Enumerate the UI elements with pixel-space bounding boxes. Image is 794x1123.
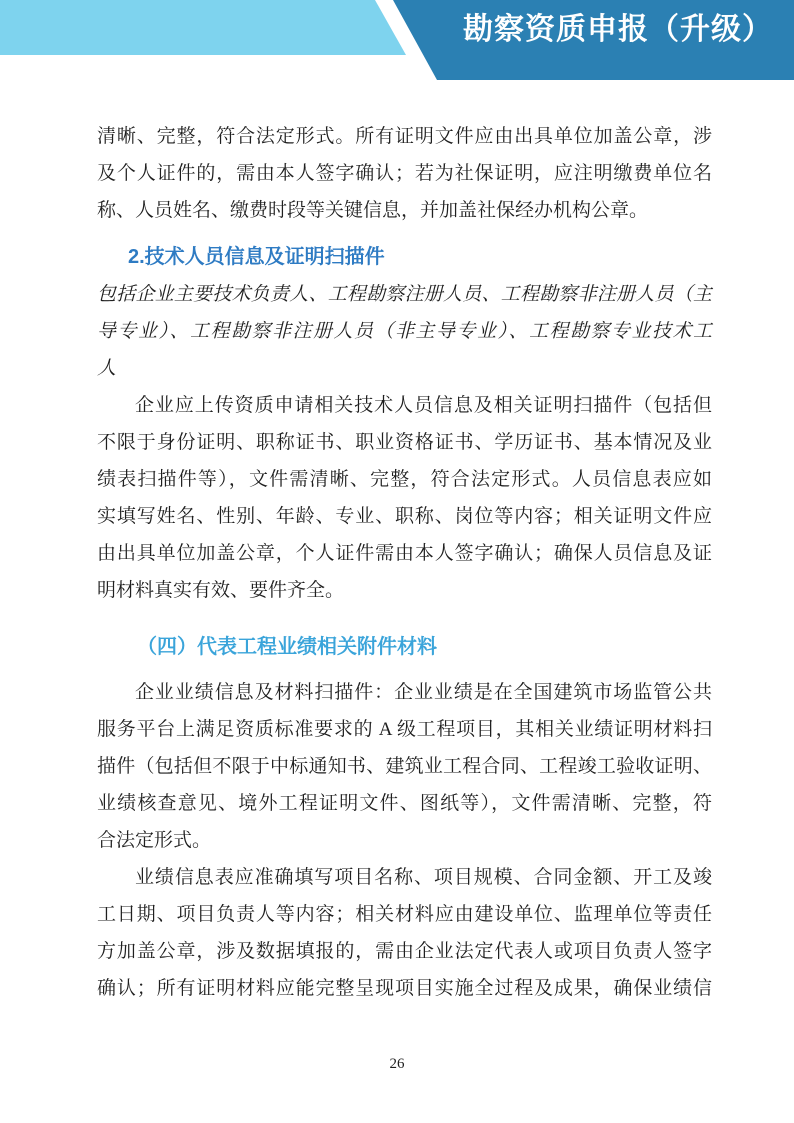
text-line: 包括企业主要技术负责人、工程勘察注册人员、工程勘察非注册人员（主 xyxy=(97,276,712,313)
text-line: 及个人证件的，需由本人签字确认；若为社保证明，应注明缴费单位名 xyxy=(97,155,712,192)
text-line: 实填写姓名、性别、年龄、专业、职称、岗位等内容；相关证明文件应 xyxy=(97,498,712,535)
text-line: 业绩信息表应准确填写项目名称、项目规模、合同金额、开工及竣 xyxy=(97,859,712,896)
text-line: 描件（包括但不限于中标通知书、建筑业工程合同、工程竣工验收证明、 xyxy=(97,748,712,785)
header-light-ribbon xyxy=(0,0,430,55)
document-body: 清晰、完整，符合法定形式。所有证明文件应由出具单位加盖公章，涉 及个人证件的，需… xyxy=(97,118,712,1007)
text-line: 企业业绩信息及材料扫描件：企业业绩是在全国建筑市场监管公共 xyxy=(97,674,712,711)
text-line: 明材料真实有效、要件齐全。 xyxy=(97,572,712,609)
section-heading-project-performance: （四）代表工程业绩相关附件材料 xyxy=(97,629,712,666)
text-line: 人 xyxy=(97,350,712,387)
paragraph-personnel-scope: 包括企业主要技术负责人、工程勘察注册人员、工程勘察非注册人员（主 导专业）、工程… xyxy=(97,276,712,387)
paragraph-personnel-upload: 企业应上传资质申请相关技术人员信息及相关证明扫描件（包括但 不限于身份证明、职称… xyxy=(97,387,712,609)
text-line: 绩表扫描件等），文件需清晰、完整，符合法定形式。人员信息表应如 xyxy=(97,461,712,498)
text-line: 清晰、完整，符合法定形式。所有证明文件应由出具单位加盖公章，涉 xyxy=(97,118,712,155)
text-line: 不限于身份证明、职称证书、职业资格证书、学历证书、基本情况及业 xyxy=(97,424,712,461)
paragraph-certificates: 清晰、完整，符合法定形式。所有证明文件应由出具单位加盖公章，涉 及个人证件的，需… xyxy=(97,118,712,229)
page-title: 勘察资质申报（升级） xyxy=(463,13,773,47)
text-line: 企业应上传资质申请相关技术人员信息及相关证明扫描件（包括但 xyxy=(97,387,712,424)
text-line: 服务平台上满足资质标准要求的 A 级工程项目，其相关业绩证明材料扫 xyxy=(97,711,712,748)
section-heading-technical-personnel: 2.技术人员信息及证明扫描件 xyxy=(97,239,712,276)
text-line: 确认；所有证明材料应能完整呈现项目实施全过程及成果，确保业绩信 xyxy=(97,970,712,1007)
text-line: 称、人员姓名、缴费时段等关键信息，并加盖社保经办机构公章。 xyxy=(97,192,712,229)
paragraph-performance-materials: 企业业绩信息及材料扫描件：企业业绩是在全国建筑市场监管公共 服务平台上满足资质标… xyxy=(97,674,712,859)
paragraph-performance-form: 业绩信息表应准确填写项目名称、项目规模、合同金额、开工及竣 工日期、项目负责人等… xyxy=(97,859,712,1007)
text-line: 合法定形式。 xyxy=(97,822,712,859)
text-line: 方加盖公章，涉及数据填报的，需由企业法定代表人或项目负责人签字 xyxy=(97,933,712,970)
text-line: 工日期、项目负责人等内容；相关材料应由建设单位、监理单位等责任 xyxy=(97,896,712,933)
text-line: 由出具单位加盖公章，个人证件需由本人签字确认；确保人员信息及证 xyxy=(97,535,712,572)
page-number: 26 xyxy=(0,1056,794,1073)
text-line: 导专业）、工程勘察非注册人员（非主导专业）、工程勘察专业技术工 xyxy=(97,313,712,350)
text-line: 业绩核查意见、境外工程证明文件、图纸等），文件需清晰、完整，符 xyxy=(97,785,712,822)
